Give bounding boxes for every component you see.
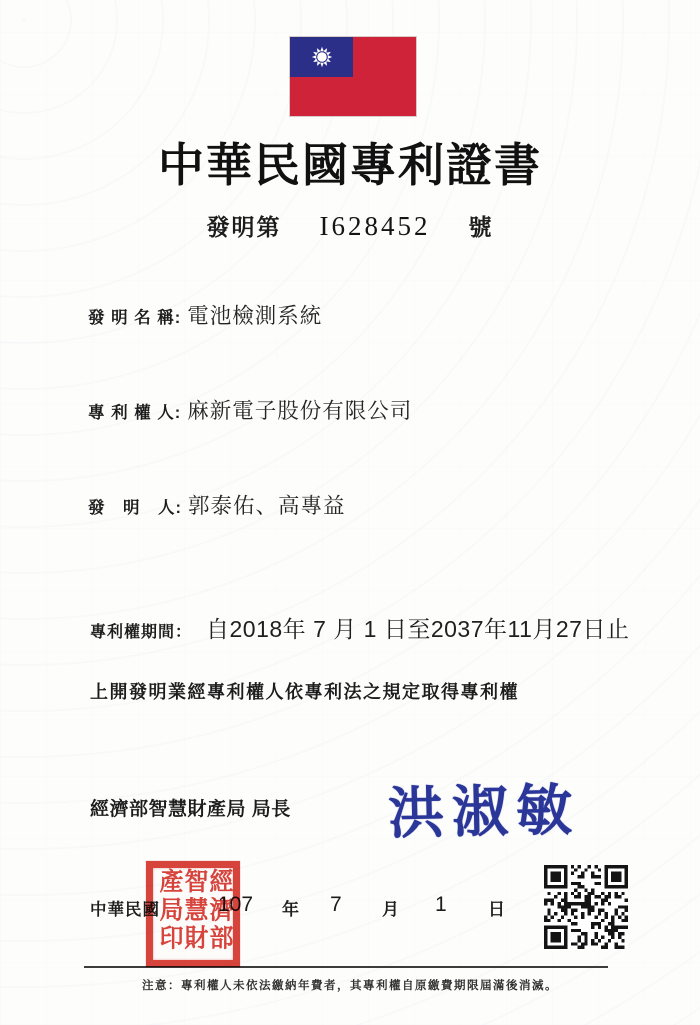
taiwan-flag xyxy=(290,37,416,116)
patent-term-row: 專利權期間： 自2018年 7 月 1 日至2037年11月27日止 xyxy=(90,611,629,644)
patent-certificate-page: 中華民國專利證書 發明第 I628452 號 發 明 名 稱: 電池檢測系統 專… xyxy=(0,0,700,1025)
date-day-unit: 日 xyxy=(488,895,505,920)
date-month: 7 xyxy=(330,893,342,917)
flag-canton xyxy=(290,37,353,77)
field-invention-name: 發 明 名 稱: 電池檢測系統 xyxy=(88,299,322,330)
seal-column-middle: 智慧財 xyxy=(181,868,205,960)
date-month-unit: 月 xyxy=(382,895,399,920)
white-sun-icon xyxy=(305,40,339,74)
field-label: 專 利 權 人: xyxy=(88,399,181,423)
date-day: 1 xyxy=(435,893,447,917)
certificate-number-line: 發明第 I628452 號 xyxy=(0,209,700,242)
cert-number-suffix: 號 xyxy=(469,209,494,242)
field-value: 麻新電子股份有限公司 xyxy=(187,394,412,425)
cert-number: I628452 xyxy=(320,211,431,242)
patent-term-label: 專利權期間： xyxy=(90,619,192,642)
field-value: 郭泰佑、高專益 xyxy=(188,489,346,520)
grant-statement: 上開發明業經專利權人依專利法之規定取得專利權 xyxy=(90,678,519,704)
director-signature: 洪淑敏 xyxy=(387,766,581,850)
certificate-title: 中華民國專利證書 xyxy=(0,129,700,195)
field-patent-owner: 專 利 權 人: 麻新電子股份有限公司 xyxy=(88,394,412,425)
seal-column-left: 產局印 xyxy=(156,868,180,960)
date-year-unit: 年 xyxy=(282,895,299,920)
field-label: 發 明 人: xyxy=(88,494,182,518)
footer-note: 注意：專利權人未依法繳納年費者，其專利權自原繳費期限屆滿後消滅。 xyxy=(0,977,700,993)
field-label: 發 明 名 稱: xyxy=(88,304,181,328)
issuing-office-title: 經濟部智慧財產局 局長 xyxy=(90,794,291,821)
field-inventors: 發 明 人: 郭泰佑、高專益 xyxy=(88,489,346,520)
official-red-seal: 產局印 智慧財 經濟部 xyxy=(146,861,240,967)
patent-term-value: 自2018年 7 月 1 日至2037年11月27日止 xyxy=(206,611,629,644)
seal-column-right: 經濟部 xyxy=(206,868,230,960)
cert-number-prefix: 發明第 xyxy=(207,209,282,242)
field-value: 電池檢測系統 xyxy=(187,299,322,330)
